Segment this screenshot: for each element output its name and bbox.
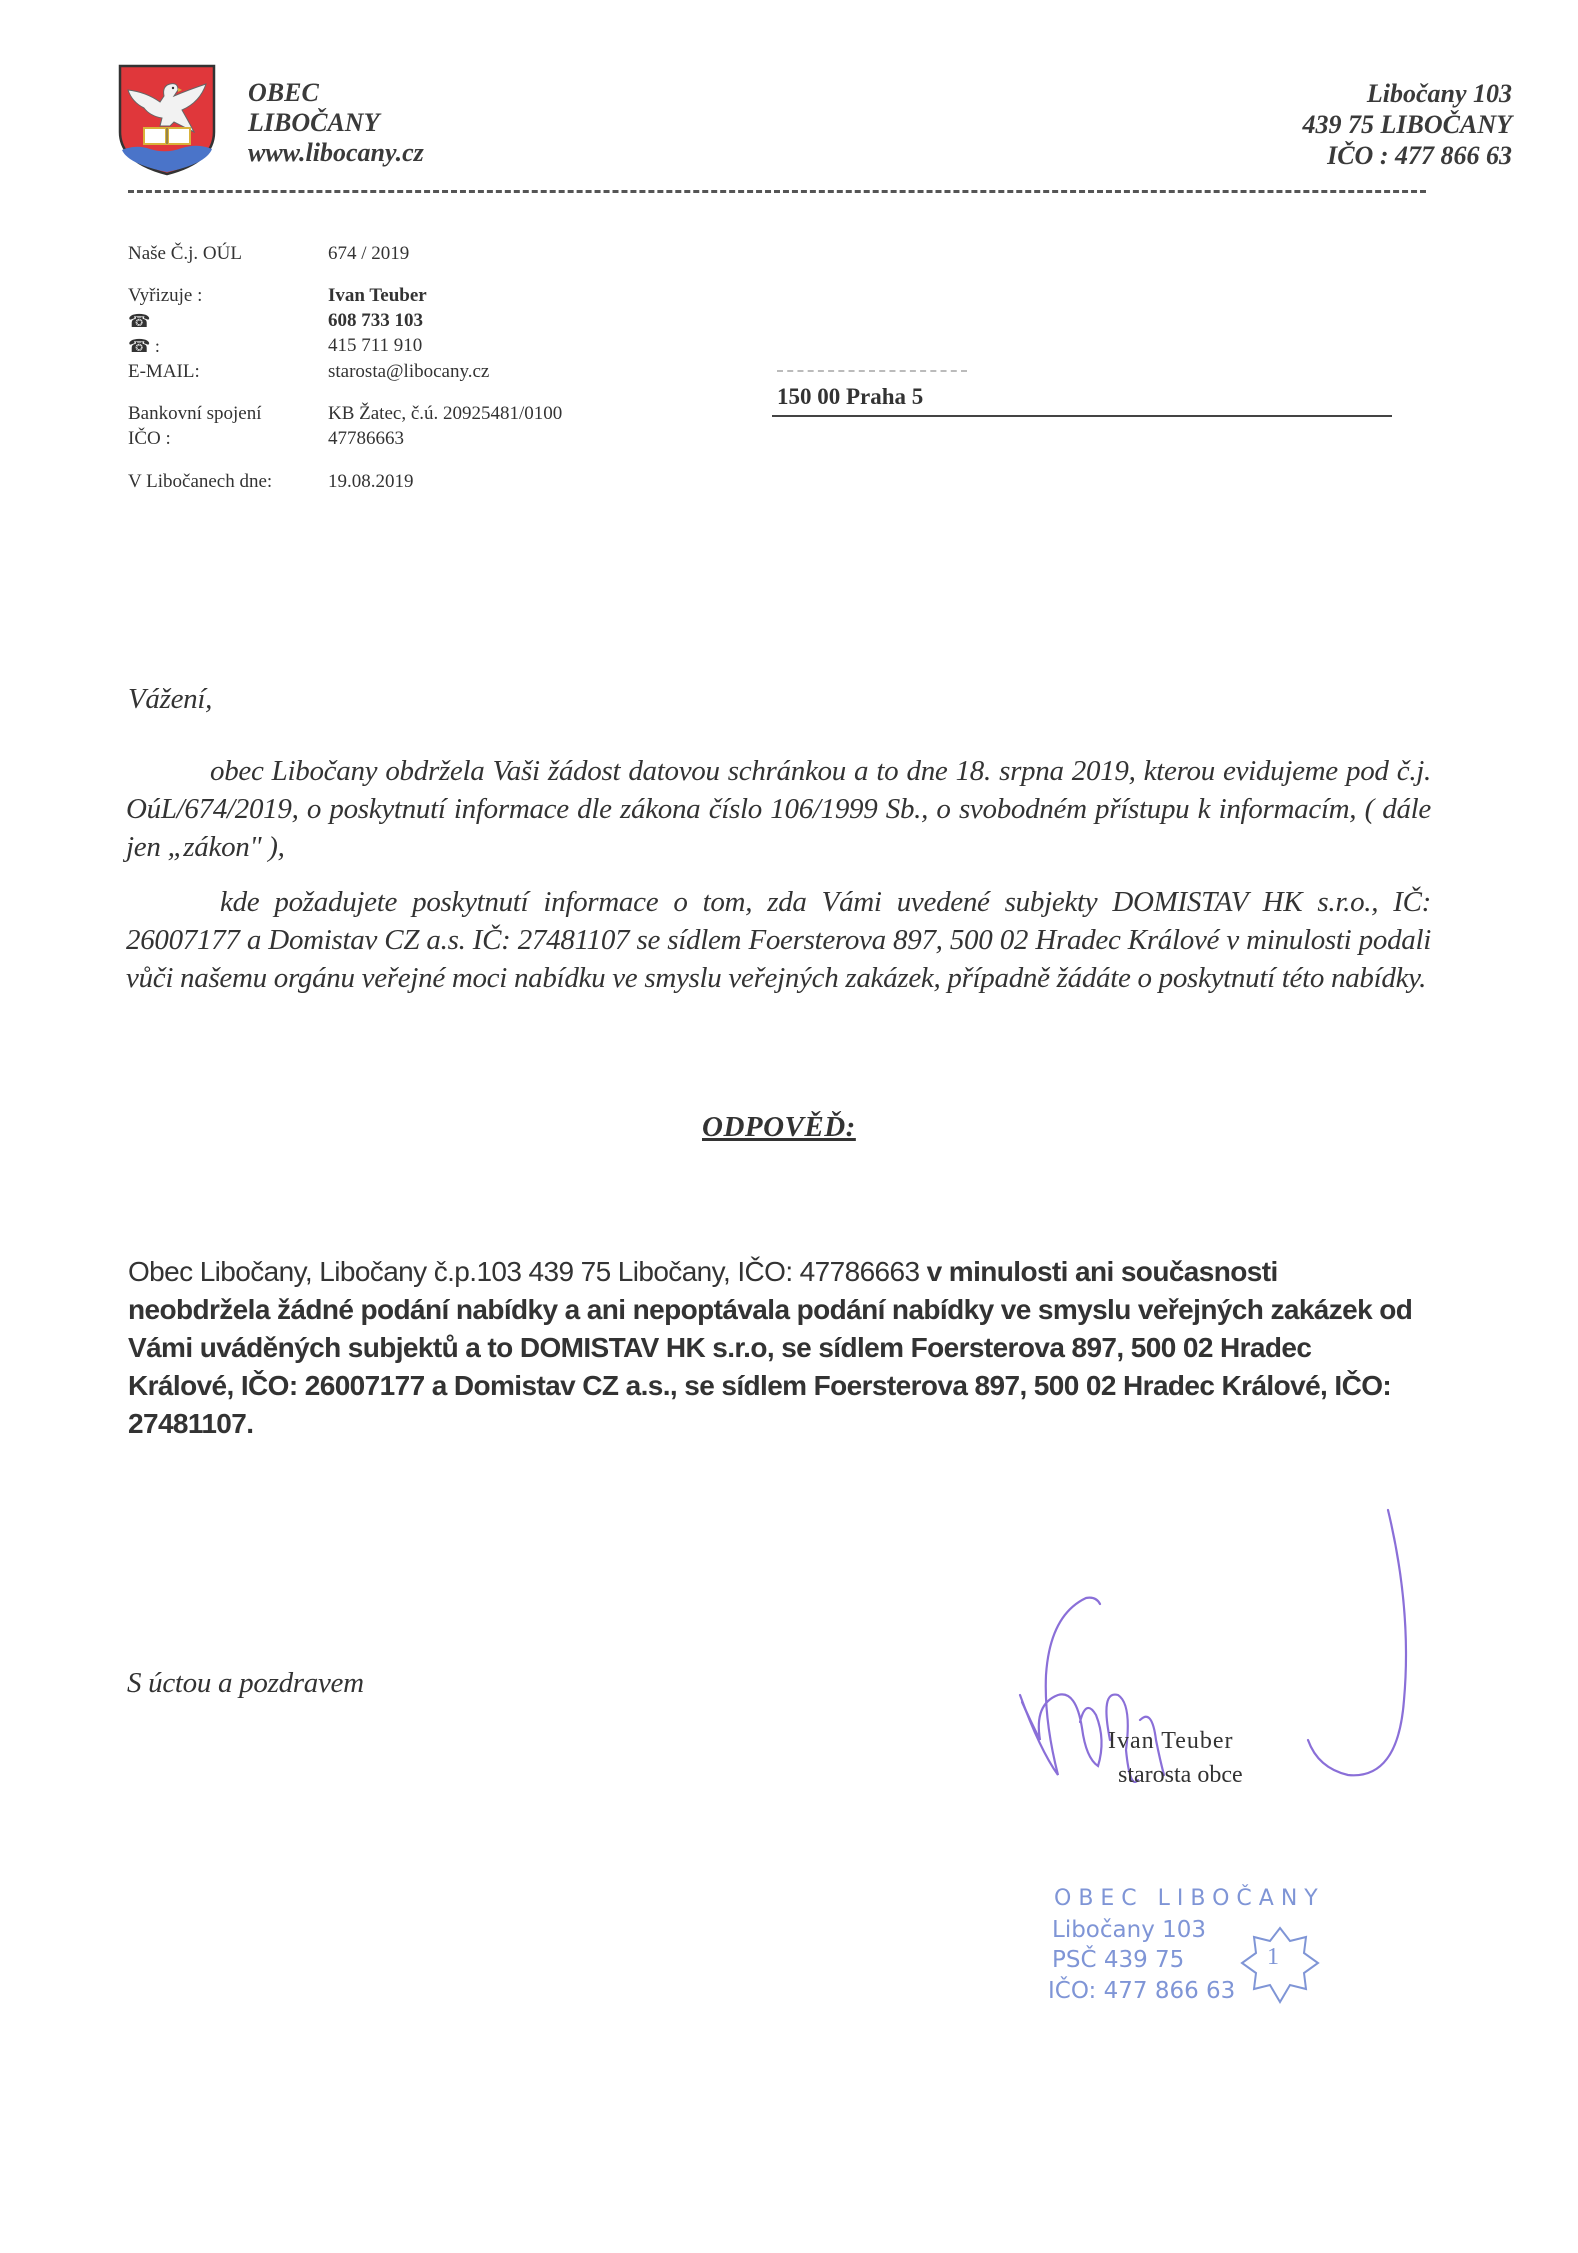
answer-heading: ODPOVĚĎ: [702, 1111, 856, 1144]
answer-intro: Obec Libočany, Libočany č.p.103 439 75 L… [128, 1256, 919, 1287]
stamp-ico: IČO: 477 866 63 [1048, 1976, 1235, 2006]
phone-icon: ☎ : [128, 335, 160, 357]
header-divider [128, 190, 1426, 193]
closing-phrase: S úctou a pozdravem [127, 1664, 364, 1702]
ref-label-date: V Libočanech dne: [128, 471, 272, 493]
ref-value-email[interactable]: starosta@libocany.cz [328, 361, 489, 383]
recipient-underline [772, 415, 1392, 417]
header-municipality-label: OBEC [248, 78, 319, 108]
ref-value-handler: Ivan Teuber [328, 285, 427, 307]
signatory-name: Ivan Teuber [1108, 1728, 1234, 1755]
ref-value-phone: 415 711 910 [328, 335, 422, 357]
ref-label-email: E-MAIL: [128, 361, 200, 383]
paragraph-request-details: kde požadujete poskytnutí informace o to… [126, 883, 1431, 997]
ref-label-bank: Bankovní spojení [128, 403, 262, 425]
stamp-address: Libočany 103 [1052, 1915, 1206, 1945]
stamp-title: OBEC LIBOČANY [1054, 1884, 1325, 1914]
header-municipality-name: LIBOČANY [248, 108, 379, 138]
recipient-city: 150 00 Praha 5 [777, 384, 923, 410]
ref-value-bank: KB Žatec, č.ú. 20925481/0100 [328, 403, 562, 425]
header-city: 439 75 LIBOČANY [1303, 109, 1512, 140]
answer-paragraph: Obec Libočany, Libočany č.p.103 439 75 L… [128, 1253, 1418, 1443]
stamp-number: 1 [1267, 1944, 1279, 1971]
header-address: Libočany 103 [1367, 78, 1512, 109]
salutation: Vážení, [128, 680, 212, 718]
ref-value-cj: 674 / 2019 [328, 243, 409, 265]
ref-label-handler: Vyřizuje : [128, 285, 202, 307]
header-ico: IČO : 477 866 63 [1327, 140, 1512, 171]
signatory-role: starosta obce [1118, 1762, 1243, 1789]
recipient-redacted-line [777, 370, 967, 372]
ref-value-date: 19.08.2019 [328, 471, 414, 493]
stamp-postcode: PSČ 439 75 [1052, 1945, 1184, 1975]
ref-value-ico: 47786663 [328, 428, 404, 450]
header-website: www.libocany.cz [248, 138, 424, 168]
ref-label-cj: Naše Č.j. OÚL [128, 243, 242, 265]
coat-of-arms-icon [116, 62, 218, 178]
ref-value-mobile: 608 733 103 [328, 310, 423, 332]
paragraph-request-received: obec Libočany obdržela Vaši žádost datov… [126, 752, 1431, 866]
stamp-star-icon [1240, 1925, 1320, 2005]
phone-icon: ☎ [128, 310, 150, 332]
ref-label-ico: IČO : [128, 428, 171, 450]
